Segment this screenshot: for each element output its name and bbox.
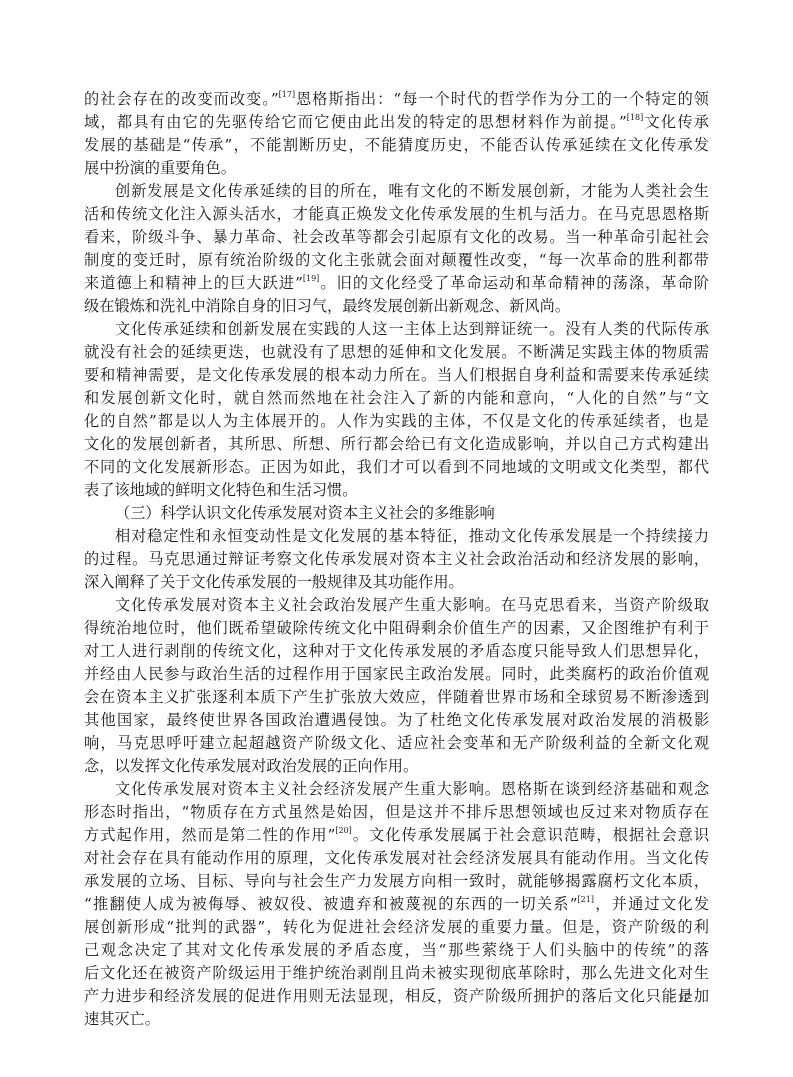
paragraph: 的社会存在的改变而改变。”[17]恩格斯指出：“每一个时代的哲学作为分工的一个特… (84, 88, 709, 180)
paragraph: 文化传承延续和创新发展在实践的人这一主体上达到辩证统一。没有人类的代际传承就没有… (84, 318, 709, 502)
text-run: 文化传承发展对资本主义社会经济发展产生重大影响。恩格斯在谈到经济基础和观念 (115, 780, 709, 798)
text-run: 承发展的立场、目标、导向与社会生产力发展方向相一致时，就能够揭露腐朽文化本质， (84, 872, 709, 890)
text-line: 对工人进行剥削的传统文化，这种对于文化传承发展的矛盾态度只能导致人们思想异化， (84, 640, 709, 663)
text-run: 念，以发挥文化传承发展对政治发展的正向作用。 (84, 757, 418, 775)
text-line: 文化传承发展对资本主义社会政治发展产生重大影响。在马克思看来，当资产阶级取 (84, 594, 709, 617)
text-line: 其他国家，最终使世界各国政治遭遇侵蚀。为了杜绝文化传承发展对政治发展的消极影 (84, 709, 709, 732)
text-run: 展中扮演的重要角色。 (84, 159, 236, 177)
text-line: 和发展创新文化时，就自然而然地在社会注入了新的内能和意向，“人化的自然”与“文 (84, 387, 709, 410)
text-line: 形态时指出，“物质存在方式虽然是始因，但是这并不排斥思想领域也反过来对物质存在 (84, 801, 709, 824)
text-run: 不同的文化发展新形态。正因为如此，我们才可以看到不同地域的文明或文化类型，都代 (84, 458, 709, 476)
text-line: 深入阐释了关于文化传承发展的一般规律及其功能作用。 (84, 571, 709, 594)
citation-ref: [18] (627, 113, 643, 122)
text-line: 域，都具有由它的先驱传给它而它便由此出发的特定的思想材料作为前提。”[18]文化… (84, 111, 709, 134)
text-run: 文化传承 (643, 113, 709, 131)
text-run: 方式起作用，然而是第二性的作用” (84, 826, 335, 844)
text-line: 念，以发挥文化传承发展对政治发展的正向作用。 (84, 755, 709, 778)
paragraph: 文化传承发展对资本主义社会经济发展产生重大影响。恩格斯在谈到经济基础和观念形态时… (84, 778, 709, 1031)
text-line: 的过程。马克思通过辩证考察文化传承发展对资本主义社会政治活动和经济发展的影响， (84, 548, 709, 571)
text-run: 文化传承延续和创新发展在实践的人这一主体上达到辩证统一。没有人类的代际传承 (115, 320, 709, 338)
text-line: 创新发展是文化传承延续的目的所在，唯有文化的不断发展创新，才能为人类社会生 (84, 180, 709, 203)
text-run: 对社会存在具有能动作用的原理，文化传承发展对社会经济发展具有能动作用。当文化传 (84, 849, 709, 867)
section-heading: （三）科学认识文化传承发展对资本主义社会的多维影响 (84, 502, 709, 525)
text-line: 文化的发展创新者，其所思、所想、所行都会给已有文化造成影响，并以自己方式构建出 (84, 433, 709, 456)
text-run: 相对稳定性和永恒变动性是文化发展的基本特征，推动文化传承发展是一个持续接力 (115, 527, 709, 545)
text-line: 文化传承延续和创新发展在实践的人这一主体上达到辩证统一。没有人类的代际传承 (84, 318, 709, 341)
text-run: 形态时指出，“物质存在方式虽然是始因，但是这并不排斥思想领域也反过来对物质存在 (84, 803, 709, 821)
text-run: 制度的变迁时，原有统治阶级的文化主张就会面对颠覆性改变，“每一次革命的胜利都带 (84, 251, 709, 269)
text-run: 展创新形成“批判的武器”，转化为促进社会经济发展的重要力量。但是，资产阶级的利 (84, 918, 709, 936)
text-line: 的社会存在的改变而改变。”[17]恩格斯指出：“每一个时代的哲学作为分工的一个特… (84, 88, 709, 111)
text-run: 其他国家，最终使世界各国政治遭遇侵蚀。为了杜绝文化传承发展对政治发展的消极影 (84, 711, 709, 729)
text-run: 恩格斯指出：“每一个时代的哲学作为分工的一个特定的领 (295, 90, 709, 108)
paragraph: 创新发展是文化传承延续的目的所在，唯有文化的不断发展创新，才能为人类社会生活和传… (84, 180, 709, 318)
text-run: 响，马克思呼吁建立起超越资产阶级文化、适应社会变革和无产阶级利益的全新文化观 (84, 734, 709, 752)
text-run: 要和精神需要，是文化传承发展的根本动力所在。当人们根据自身利益和需要来传承延续 (84, 366, 709, 384)
text-line: 速其灭亡。 (84, 1008, 709, 1031)
text-line: 并经由人民参与政治生活的过程作用于国家民主政治发展。同时，此类腐朽的政治价值观 (84, 663, 709, 686)
text-run: 文化的发展创新者，其所思、所想、所行都会给已有文化造成影响，并以自己方式构建出 (84, 435, 709, 453)
text-run: 看来，阶级斗争、暴力革命、社会改革等都会引起原有文化的改易。当一种革命引起社会 (84, 228, 709, 246)
text-line: 表了该地域的鲜明文化特色和生活习惯。 (84, 479, 709, 502)
text-line: 制度的变迁时，原有统治阶级的文化主张就会面对颠覆性改变，“每一次革命的胜利都带 (84, 249, 709, 272)
text-run: 后文化还在被资产阶级运用于维护统治剥削且尚未被实现彻底革除时，那么先进文化对生 (84, 964, 709, 982)
text-run: 并经由人民参与政治生活的过程作用于国家民主政治发展。同时，此类腐朽的政治价值观 (84, 665, 709, 683)
text-run: 发展的基础是“传承”，不能割断历史，不能猜度历史，不能否认传承延续在文化传承发 (84, 136, 709, 154)
text-run: 和发展创新文化时，就自然而然地在社会注入了新的内能和意向，“人化的自然”与“文 (84, 389, 709, 407)
text-run: 域，都具有由它的先驱传给它而它便由此出发的特定的思想材料作为前提。” (84, 113, 627, 131)
text-run: 得统治地位时，他们既希望破除传统文化中阻碍剩余价值生产的因素，又企图维护有利于 (84, 619, 709, 637)
text-line: 就没有社会的延续更迭，也就没有了思想的延伸和文化发展。不断满足实践主体的物质需 (84, 341, 709, 364)
text-run: 。旧的文化经受了革命运动和革命精神的荡涤，革命阶 (319, 274, 709, 292)
citation-ref: [20] (335, 826, 351, 835)
text-run: 文化传承发展对资本主义社会政治发展产生重大影响。在马克思看来，当资产阶级取 (115, 596, 709, 614)
text-line: “推翻使人成为被侮辱、被奴役、被遗弃和被蔑视的东西的一切关系”[21]，并通过文… (84, 893, 709, 916)
paragraph: 文化传承发展对资本主义社会政治发展产生重大影响。在马克思看来，当资产阶级取得统治… (84, 594, 709, 778)
text-run: 的社会存在的改变而改变。” (84, 90, 279, 108)
text-line: 看来，阶级斗争、暴力革命、社会改革等都会引起原有文化的改易。当一种革命引起社会 (84, 226, 709, 249)
text-line: 要和精神需要，是文化传承发展的根本动力所在。当人们根据自身利益和需要来传承延续 (84, 364, 709, 387)
text-line: 文化传承发展对资本主义社会经济发展产生重大影响。恩格斯在谈到经济基础和观念 (84, 778, 709, 801)
text-line: 后文化还在被资产阶级运用于维护统治剥削且尚未被实现彻底革除时，那么先进文化对生 (84, 962, 709, 985)
text-line: 来道德上和精神上的巨大跃进”[19]。旧的文化经受了革命运动和革命精神的荡涤，革… (84, 272, 709, 295)
text-line: 对社会存在具有能动作用的原理，文化传承发展对社会经济发展具有能动作用。当文化传 (84, 847, 709, 870)
citation-ref: [19] (303, 274, 319, 283)
text-line: 响，马克思呼吁建立起超越资产阶级文化、适应社会变革和无产阶级利益的全新文化观 (84, 732, 709, 755)
text-line: 不同的文化发展新形态。正因为如此，我们才可以看到不同地域的文明或文化类型，都代 (84, 456, 709, 479)
text-line: 级在锻炼和洗礼中消除自身的旧习气，最终发展创新出新观念、新风尚。 (84, 295, 709, 318)
text-line: 相对稳定性和永恒变动性是文化发展的基本特征，推动文化传承发展是一个持续接力 (84, 525, 709, 548)
text-line: 承发展的立场、目标、导向与社会生产力发展方向相一致时，就能够揭露腐朽文化本质， (84, 870, 709, 893)
text-run: “推翻使人成为被侮辱、被奴役、被遗弃和被蔑视的东西的一切关系” (84, 895, 578, 913)
text-run: 己观念决定了其对文化传承发展的矛盾态度，当“那些萦绕于人们头脑中的传统”的落 (84, 941, 709, 959)
text-line: 得统治地位时，他们既希望破除传统文化中阻碍剩余价值生产的因素，又企图维护有利于 (84, 617, 709, 640)
text-run: 表了该地域的鲜明文化特色和生活习惯。 (84, 481, 357, 499)
text-line: 活和传统文化注入源头活水，才能真正焕发文化传承发展的生机与活力。在马克思恩格斯 (84, 203, 709, 226)
text-line: 产力进步和经济发展的促进作用则无法显现，相反，资产阶级所拥护的落后文化只能是加 (84, 985, 709, 1008)
citation-ref: [21] (578, 895, 594, 904)
text-run: 深入阐释了关于文化传承发展的一般规律及其功能作用。 (84, 573, 464, 591)
text-run: 就没有社会的延续更迭，也就没有了思想的延伸和文化发展。不断满足实践主体的物质需 (84, 343, 709, 361)
text-run: 活和传统文化注入源头活水，才能真正焕发文化传承发展的生机与活力。在马克思恩格斯 (84, 205, 709, 223)
text-line: 发展的基础是“传承”，不能割断历史，不能猜度历史，不能否认传承延续在文化传承发 (84, 134, 709, 157)
text-line: 化的自然”都是以人为主体展开的。人作为实践的主体，不仅是文化的传承延续者，也是 (84, 410, 709, 433)
text-run: 对工人进行剥削的传统文化，这种对于文化传承发展的矛盾态度只能导致人们思想异化， (84, 642, 709, 660)
document-body: 的社会存在的改变而改变。”[17]恩格斯指出：“每一个时代的哲学作为分工的一个特… (84, 88, 709, 1031)
text-run: 产力进步和经济发展的促进作用则无法显现，相反，资产阶级所拥护的落后文化只能是加 (84, 987, 709, 1005)
paragraph: 相对稳定性和永恒变动性是文化发展的基本特征，推动文化传承发展是一个持续接力的过程… (84, 525, 709, 594)
page-number: · 17 · (664, 990, 704, 1006)
text-run: 会在资本主义扩张逐利本质下产生扩张放大效应，伴随着世界市场和全球贸易不断渗透到 (84, 688, 709, 706)
text-line: 展中扮演的重要角色。 (84, 157, 709, 180)
citation-ref: [17] (279, 90, 295, 99)
text-run: 速其灭亡。 (84, 1010, 160, 1028)
text-run: （三）科学认识文化传承发展对资本主义社会的多维影响 (115, 504, 495, 522)
text-run: 来道德上和精神上的巨大跃进” (84, 274, 303, 292)
text-run: 化的自然”都是以人为主体展开的。人作为实践的主体，不仅是文化的传承延续者，也是 (84, 412, 709, 430)
text-line: 己观念决定了其对文化传承发展的矛盾态度，当“那些萦绕于人们头脑中的传统”的落 (84, 939, 709, 962)
text-run: 的过程。马克思通过辩证考察文化传承发展对资本主义社会政治活动和经济发展的影响， (84, 550, 709, 568)
text-run: ，并通过文化发 (594, 895, 709, 913)
text-run: 。文化传承发展属于社会意识范畴，根据社会意识 (352, 826, 709, 844)
text-run: 级在锻炼和洗礼中消除自身的旧习气，最终发展创新出新观念、新风尚。 (84, 297, 570, 315)
text-line: 方式起作用，然而是第二性的作用”[20]。文化传承发展属于社会意识范畴，根据社会… (84, 824, 709, 847)
text-line: 会在资本主义扩张逐利本质下产生扩张放大效应，伴随着世界市场和全球贸易不断渗透到 (84, 686, 709, 709)
text-line: （三）科学认识文化传承发展对资本主义社会的多维影响 (84, 502, 709, 525)
text-line: 展创新形成“批判的武器”，转化为促进社会经济发展的重要力量。但是，资产阶级的利 (84, 916, 709, 939)
text-run: 创新发展是文化传承延续的目的所在，唯有文化的不断发展创新，才能为人类社会生 (115, 182, 709, 200)
